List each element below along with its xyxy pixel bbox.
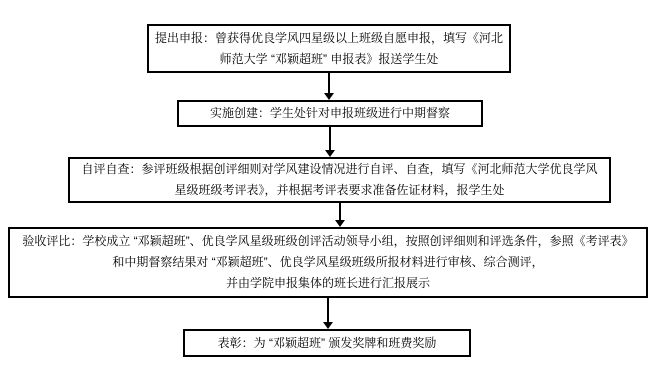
- step-text-line: 星级班级考评表》，并根据考评表要求准备佐证材料，报学生处: [174, 180, 504, 201]
- step-box-self-evaluation: 自评自查：参评班级根据创评细则对学风建设情况进行自评、自查，填写《河北师范大学优…: [68, 157, 611, 203]
- arrow-shaft: [329, 127, 331, 150]
- arrow-head: [323, 322, 333, 329]
- arrow-shaft: [328, 73, 330, 93]
- step-text-line: 提出申报：曾获得优良学风四星级以上班级自愿申报，填写《河北: [155, 28, 503, 49]
- step-box-commendation: 表彰：为 “邓颖超班” 颁发奖牌和班费奖励: [183, 329, 471, 357]
- arrow-head: [325, 150, 335, 157]
- arrow-down-icon: [324, 127, 336, 157]
- step-box-acceptance-review: 验收评比：学校成立 “邓颖超班”、优良学风星级班级创评活动领导小组，按照创评细则…: [8, 227, 648, 298]
- step-text-line: 表彰：为 “邓颖超班” 颁发奖牌和班费奖励: [218, 333, 437, 354]
- arrow-down-icon: [334, 203, 346, 227]
- arrow-head: [324, 93, 334, 100]
- step-text-line: 验收评比：学校成立 “邓颖超班”、优良学风星级班级创评活动领导小组，按照创评细则…: [22, 231, 633, 252]
- step-text-line: 自评自查：参评班级根据创评细则对学风建设情况进行自评、自查，填写《河北师范大学优…: [81, 159, 597, 180]
- flowchart-canvas: 提出申报：曾获得优良学风四星级以上班级自愿申报，填写《河北 师范大学 “邓颖超班…: [0, 0, 657, 380]
- arrow-shaft: [327, 298, 329, 322]
- arrow-down-icon: [323, 73, 335, 100]
- step-text-line: 和中期督察结果对 “邓颖超班”、优良学风星级班级所报材料进行审核、综合测评，: [112, 252, 543, 273]
- arrow-down-icon: [322, 298, 334, 329]
- step-text-line: 并由学院申报集体的班长进行汇报展示: [226, 273, 430, 294]
- step-box-implement-creation: 实施创建：学生处针对申报班级进行中期督察: [177, 100, 483, 127]
- arrow-shaft: [339, 203, 341, 220]
- step-box-propose-application: 提出申报：曾获得优良学风四星级以上班级自愿申报，填写《河北 师范大学 “邓颖超班…: [147, 24, 511, 73]
- arrow-head: [335, 220, 345, 227]
- step-text-line: 实施创建：学生处针对申报班级进行中期督察: [210, 103, 450, 124]
- step-text-line: 师范大学 “邓颖超班” 申报表》报送学生处: [220, 49, 439, 70]
